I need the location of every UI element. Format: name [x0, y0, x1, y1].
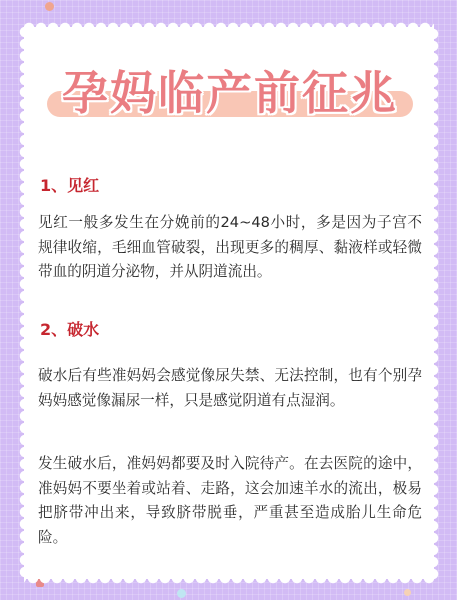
section-heading-water-breaking: 2、破水: [40, 319, 99, 341]
scalloped-edge-left: [17, 27, 25, 579]
title-banner: 孕妈临产前征兆: [47, 63, 413, 123]
section-paragraph: 发生破水后，准妈妈都要及时入院待产。在去医院的途中，准妈妈不要坐着或站着、走路，…: [38, 452, 422, 550]
decorative-dot-bottom-right: [404, 589, 411, 596]
scalloped-edge-top: [24, 20, 434, 28]
section-paragraph: 破水后有些准妈妈会感觉像尿失禁、无法控制，也有个别孕妈妈感觉像漏尿一样，只是感觉…: [38, 364, 422, 413]
decorative-dot-top: [45, 2, 54, 11]
scalloped-edge-right: [433, 27, 441, 579]
section-paragraph: 见红一般多发生在分娩前的24~48小时，多是因为子宫不规律收缩，毛细血管破裂，出…: [38, 211, 422, 285]
scalloped-edge-bottom: [24, 578, 434, 586]
section-heading-bloody-show: 1、见红: [40, 175, 99, 197]
content-card: 孕妈临产前征兆 1、见红 见红一般多发生在分娩前的24~48小时，多是因为子宫不…: [24, 27, 434, 579]
page-title: 孕妈临产前征兆: [47, 63, 413, 123]
decorative-dot-bottom-center: [177, 589, 186, 598]
